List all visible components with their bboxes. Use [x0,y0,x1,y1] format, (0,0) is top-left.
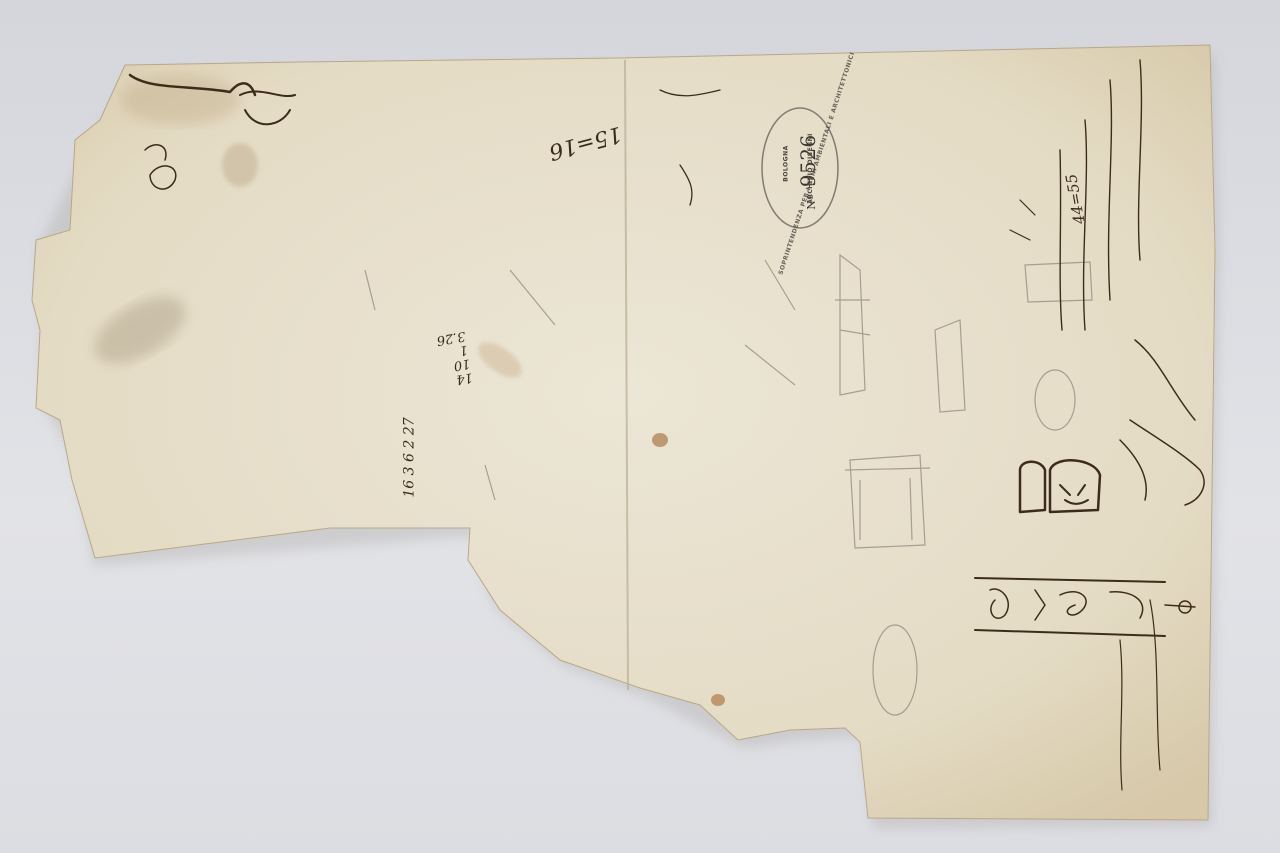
stamp-city: BOLOGNA [783,145,790,181]
manuscript-sheet [0,0,1280,853]
paper [32,45,1215,820]
column-sum-2: 16 3 6 2 27 [403,417,418,497]
photo-stage: Nº 9526 BOLOGNA ARCHIVIO DISEGNI SOPRINT… [0,0,1280,853]
